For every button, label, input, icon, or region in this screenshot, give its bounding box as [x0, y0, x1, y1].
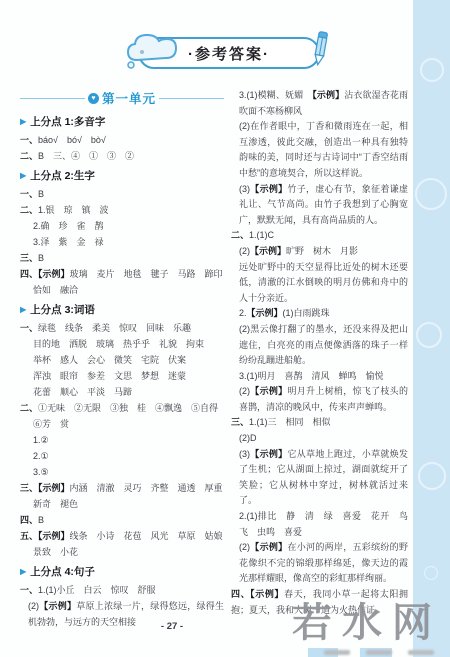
watermark-subtext-smudge [324, 650, 434, 655]
answer-line: 3.泽 紫 金 禄 [20, 234, 224, 250]
page-header: ·参考答案· [138, 37, 320, 69]
answer-line: ⑥芳 赏 [20, 416, 224, 432]
decorative-circle [420, 58, 444, 82]
pencil-icon [309, 28, 333, 70]
answer-line: 一、báo√ bó√ bò√ [20, 132, 224, 148]
answer-line: 四、B [20, 512, 224, 528]
play-icon: ▶ [20, 172, 26, 180]
section-heading-label: 上分点 4:句子 [30, 564, 95, 579]
cloud-icon [124, 31, 182, 71]
section-heading-label: 上分点 1:多音字 [30, 114, 105, 129]
answers-column-right: 3.(1)模糊、妩媚 【示例】沾衣欲湿杏花雨 吹面不寒杨柳风(2)在作者眼中，丁… [231, 88, 408, 628]
answer-line: 2.(1)排比 静 清 绿 喜爱 花开 鸟飞 虫鸣 喜爱 [231, 509, 408, 540]
decorative-circle [418, 462, 446, 490]
page-edge-strip [413, 0, 450, 657]
answers-column-left: ♥第一单元▶上分点 1:多音字一、báo√ bó√ bò√二、B 三、④ ① ③… [20, 86, 224, 631]
answer-line: 二、B 三、④ ① ③ ② [20, 148, 224, 164]
answer-line: 二、①无味 ②无限 ③独 桂 ④飘逸 ⑤自得 [20, 400, 224, 416]
answer-line: 花蕾 顺心 平淡 马蹄 [20, 384, 224, 400]
answer-line: (3)【示例】它从草地上跑过，小草就焕发了生机；它从湖面上掠过，湖面就绽开了笑脸… [231, 447, 408, 509]
decorative-circle [416, 322, 442, 348]
answer-line: 新奇 褪色 [20, 496, 224, 512]
answer-line: 二、1.(1)C [231, 228, 408, 244]
section-heading: ▶上分点 2:生字 [20, 168, 224, 183]
page-number: - 27 - [148, 621, 196, 632]
section-heading: ▶上分点 3:词语 [20, 302, 224, 317]
divider-line [159, 98, 224, 99]
section-heading: ▶上分点 1:多音字 [20, 114, 224, 129]
answer-line: (2)【示例】明月升上树梢，惊飞了枝头的喜鹊，清凉的晚风中，传来声声蝉鸣。 [231, 384, 408, 415]
section-heading-label: 上分点 2:生字 [30, 168, 95, 183]
smudge [408, 650, 434, 655]
answer-line: (2)【示例】旷野 树木 月影 [231, 244, 408, 260]
answer-line: 远处旷野中的天空显得比近处的树木还要低，清澈的江水倒映的明月仿佛和舟中的人十分亲… [231, 260, 408, 307]
answer-line: 3.(1)明月 喜鹊 清风 蝉鸣 愉悦 [231, 369, 408, 385]
play-icon: ▶ [20, 118, 26, 126]
heart-icon: ♥ [88, 93, 99, 104]
play-icon: ▶ [20, 568, 26, 576]
answer-line: 一、绿毯 线条 柔美 惊叹 回味 乐趣 [20, 320, 224, 336]
answer-line: (2)在作者眼中，丁香和微雨连在一起，相互渗透，彼此交融，创造出一种具有独特韵味… [231, 119, 408, 181]
answer-line: 3.(1)模糊、妩媚 【示例】沾衣欲湿杏花雨 吹面不寒杨柳风 [231, 88, 408, 119]
answer-line: 一、B [20, 186, 224, 202]
answer-line: 恰如 融洽 [20, 282, 224, 298]
answer-line: 举杯 感人 会心 微笑 宅院 伏案 [20, 352, 224, 368]
answer-line: 五、【示例】线条 小诗 花苞 风光 草原 姑娘 [20, 528, 224, 544]
answer-line: 一、1.(1)小丘 白云 惊叹 舒服 [20, 582, 224, 598]
divider-line [20, 98, 85, 99]
answer-line: 三、1.(1)三 相同 相似 [231, 415, 408, 431]
answer-line: (3)【示例】竹子，虚心有节，象征着谦虚礼让、气节高尚。由竹子我想到了心胸宽广，… [231, 182, 408, 229]
answer-line: 3.⑤ [20, 464, 224, 480]
answer-line: 1.② [20, 432, 224, 448]
page-title: ·参考答案· [188, 43, 270, 64]
answer-line: 三、B [20, 250, 224, 266]
answer-line: 四、【示例】玻璃 麦片 地毯 毽子 马路 蹄印 [20, 266, 224, 282]
play-icon: ▶ [20, 306, 26, 314]
smudge [324, 650, 350, 655]
answer-line: 目的地 洒脱 玻璃 热乎乎 礼貌 拘束 [20, 336, 224, 352]
smudge [366, 650, 392, 655]
answer-line: (2)黑云像打翻了的墨水，还没来得及把山遮住，白亮亮的雨点便像洒落的珠子一样纷纷… [231, 322, 408, 369]
answer-line: (2)【示例】在小河的两岸，五彩缤纷的野花像织不完的锦缎那样绵延，像天边的霞光那… [231, 540, 408, 587]
section-heading-label: 上分点 3:词语 [30, 302, 95, 317]
unit-title: 第一单元 [102, 89, 156, 107]
section-heading: ▶上分点 4:句子 [20, 564, 224, 579]
answer-line: 2.【示例】(1)白雨跳珠 [231, 306, 408, 322]
answer-line: 2.① [20, 448, 224, 464]
watermark: 若水网 [292, 591, 442, 648]
answer-line: 景致 小花 [20, 544, 224, 560]
answer-line: 二、1.银 琼 镇 波 [20, 202, 224, 218]
decorative-circle [424, 566, 438, 580]
answer-line: 浑浊 眼帘 参差 文思 梦想 迷蒙 [20, 368, 224, 384]
answer-line: 三、【示例】内涵 清澈 灵巧 齐整 通透 厚重 [20, 480, 224, 496]
answer-line: (2)D [231, 431, 408, 447]
answer-line: 2.确 珍 雀 鹊 [20, 218, 224, 234]
decorative-circle [415, 178, 447, 210]
unit-divider: ♥第一单元 [20, 89, 224, 107]
